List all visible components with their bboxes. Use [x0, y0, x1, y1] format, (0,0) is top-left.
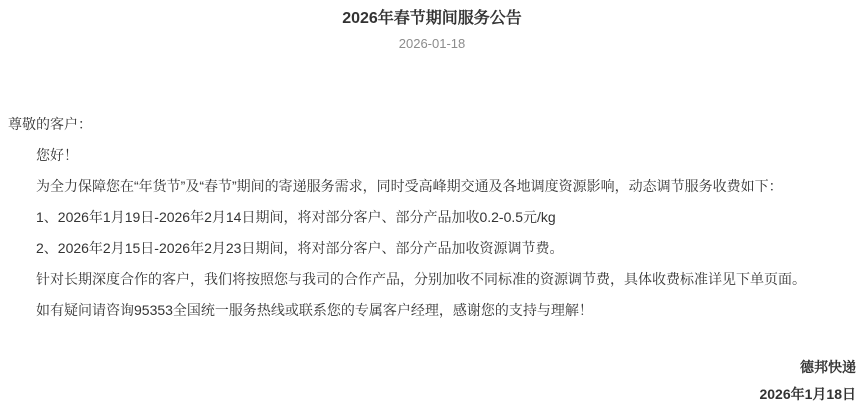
- fee-rule-1: 1、2026年1月19日-2026年2月14日期间，将对部分客户、部分产品加收0…: [8, 202, 856, 233]
- service-notice-page: 2026年春节期间服务公告 2026-01-18 尊敬的客户： 您好！ 为全力保…: [0, 0, 864, 405]
- hotline-paragraph: 如有疑问请咨询95353全国统一服务热线或联系您的专属客户经理，感谢您的支持与理…: [8, 295, 856, 326]
- signature-date: 2026年1月18日: [0, 381, 856, 405]
- salutation: 尊敬的客户：: [8, 109, 856, 140]
- signature-block: 德邦快递 2026年1月18日: [0, 354, 864, 405]
- notice-header: 2026年春节期间服务公告 2026-01-18: [0, 0, 864, 53]
- publish-date: 2026-01-18: [0, 35, 864, 53]
- notice-body: 尊敬的客户： 您好！ 为全力保障您在“年货节”及“春节”期间的寄递服务需求，同时…: [0, 109, 864, 326]
- partner-clause: 针对长期深度合作的客户，我们将按照您与我司的合作产品，分别加收不同标准的资源调节…: [8, 264, 856, 295]
- greeting-line: 您好！: [8, 140, 856, 171]
- signature-company: 德邦快递: [0, 354, 856, 381]
- page-title: 2026年春节期间服务公告: [0, 8, 864, 30]
- intro-paragraph: 为全力保障您在“年货节”及“春节”期间的寄递服务需求，同时受高峰期交通及各地调度…: [8, 171, 856, 202]
- fee-rule-2: 2、2026年2月15日-2026年2月23日期间，将对部分客户、部分产品加收资…: [8, 233, 856, 264]
